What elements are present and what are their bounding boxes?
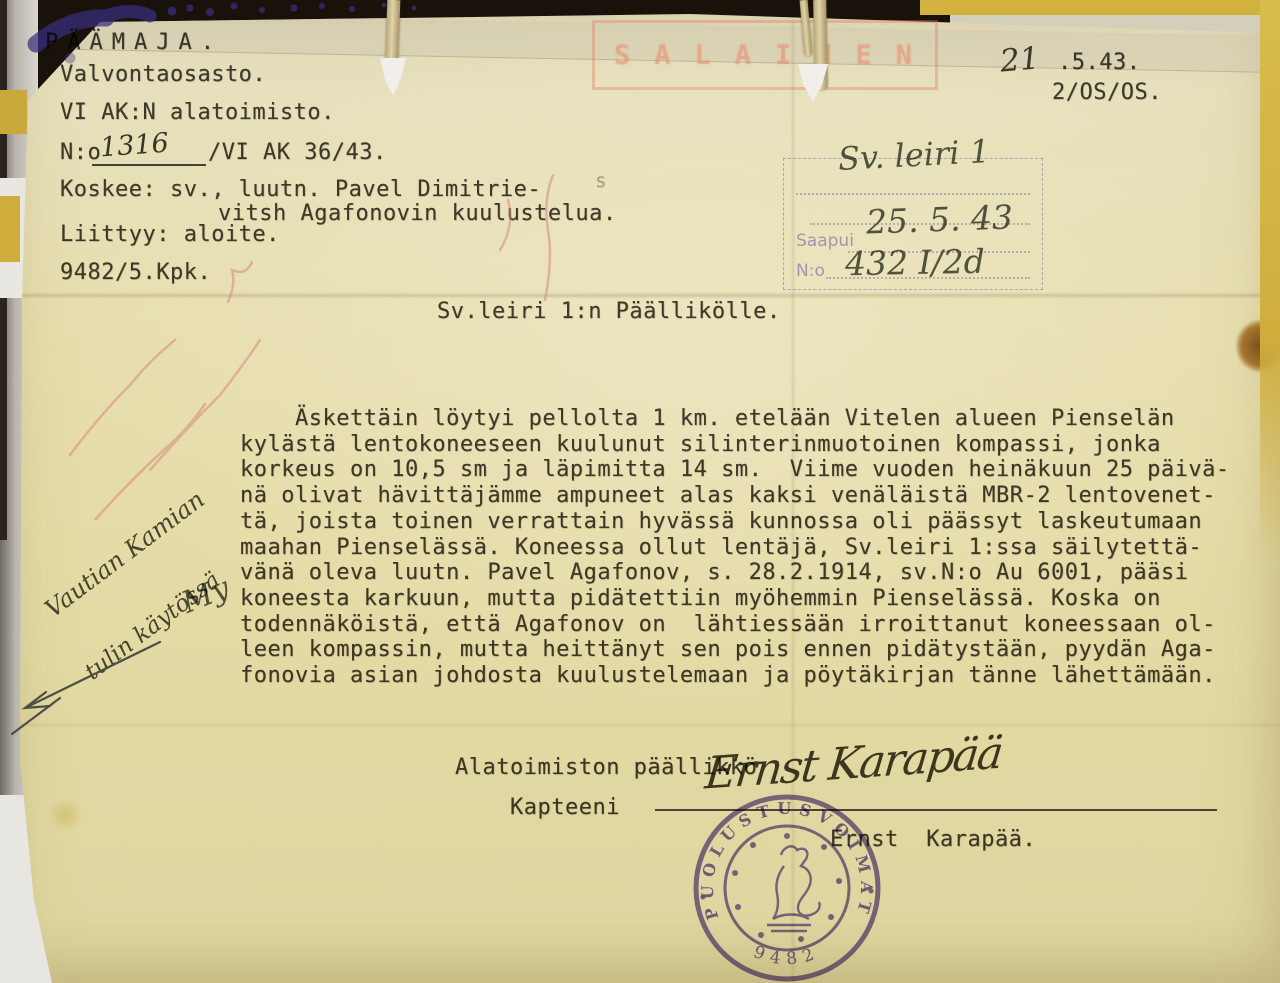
cardboard-right-strip (1260, 0, 1280, 560)
svg-text:9482: 9482 (751, 942, 824, 969)
horizontal-crease (0, 724, 1280, 726)
letter-body: Äskettäin löytyi pellolta 1 km. etelään … (240, 406, 1230, 689)
field-post-number: 9482/5.Kpk. (60, 260, 211, 285)
seal-number: 9482 (751, 942, 824, 969)
department: Valvontaosasto. (60, 62, 266, 87)
seal-ring-text: PUOLUSTUSVOIMAT (698, 799, 876, 922)
date-day-handwritten: 21 (999, 40, 1041, 79)
stamp-dotted-line (796, 193, 1030, 195)
horizontal-crease (0, 294, 1280, 297)
cardboard-fragment (0, 90, 27, 134)
cardboard-top-strip (920, 0, 1280, 15)
recipient-line: Sv.leiri 1:n Päällikölle. (437, 299, 781, 324)
military-seal: PUOLUSTUSVOIMAT 9482 (683, 789, 891, 983)
date-ref: 2/OS/OS. (1052, 80, 1162, 105)
yellow-stain (48, 798, 82, 832)
document-photo: PÄÄMAJA. Valvontaosasto. VI AK:N alatoim… (0, 0, 1280, 983)
cardboard-fragment (0, 196, 20, 262)
doc-number-suffix: /VI AK 36/43. (208, 140, 387, 165)
signer-rank: Kapteeni (510, 795, 620, 820)
date-typed: .5.43. (1058, 50, 1140, 75)
arrival-number-handwritten: 432 I/2d (845, 242, 985, 283)
svg-text:PUOLUSTUSVOIMAT: PUOLUSTUSVOIMAT (698, 799, 876, 922)
doc-number-prefix: N:o (60, 140, 101, 165)
secret-stamp: SALAINEN (592, 20, 938, 90)
arrival-unit-handwritten: Sv. leiri 1 (837, 132, 991, 178)
arrival-date-handwritten: 25. 5. 43 (865, 197, 1013, 241)
subject-line-1: Koskee: sv., luutn. Pavel Dimitrie- (60, 177, 541, 202)
doc-number-underline (92, 164, 206, 166)
doc-number-handwritten: 1316 (99, 128, 170, 164)
office: VI AK:N alatoimisto. (60, 100, 335, 125)
relates-line: Liittyy: aloite. (60, 222, 280, 247)
org-title: PÄÄMAJA. (45, 30, 223, 55)
no-label: N:o (796, 261, 825, 281)
faint-struck-char: s (595, 170, 607, 192)
